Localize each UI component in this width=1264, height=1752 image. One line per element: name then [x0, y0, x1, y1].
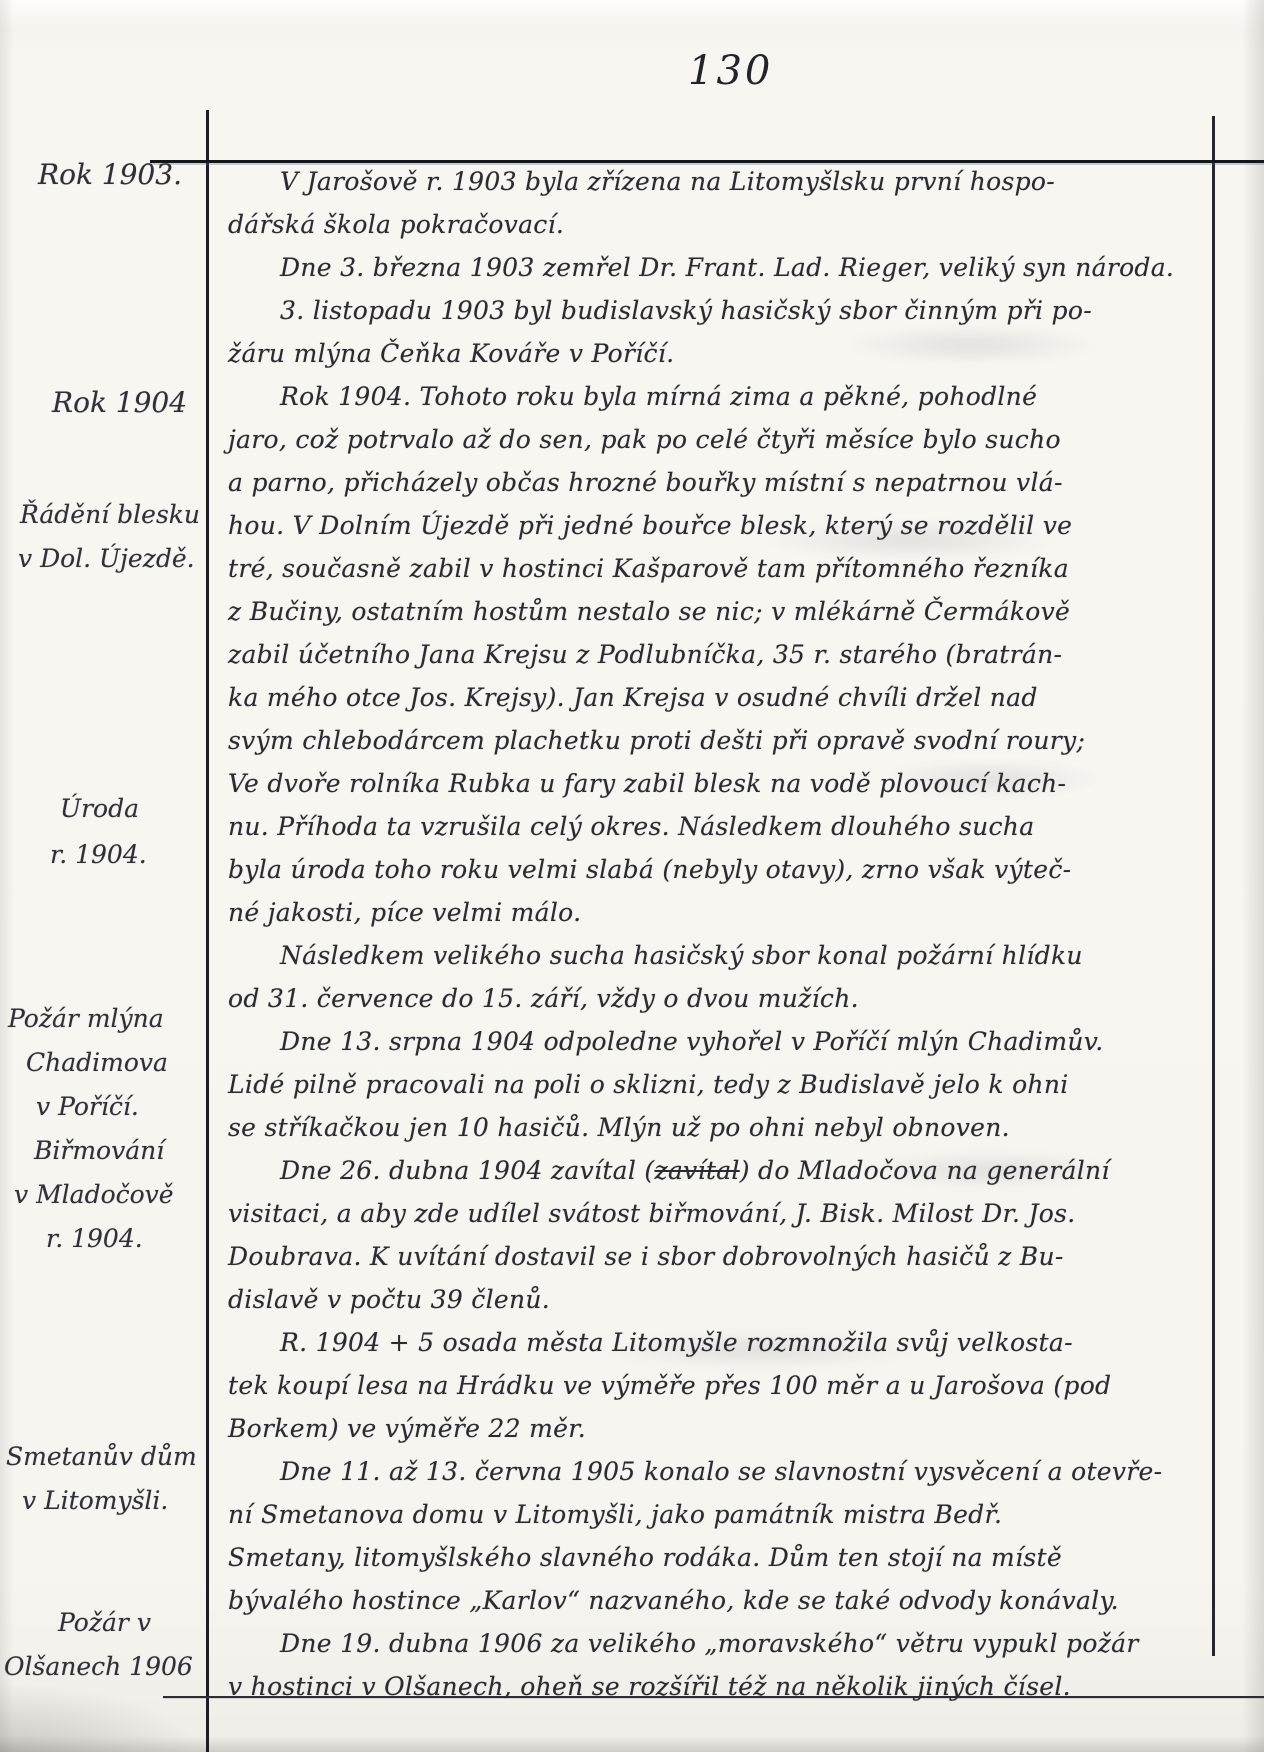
margin-note-olsany-fire-2: Olšanech 1906: [4, 1652, 193, 1681]
body-text-line: tré, současně zabil v hostinci Kašparově…: [228, 547, 1220, 590]
margin-note-smetana-2: v Litomyšli.: [22, 1486, 168, 1515]
struck-word: zavítal: [654, 1156, 739, 1185]
body-text-line: hou. V Dolním Újezdě při jedné bouřce bl…: [228, 504, 1220, 547]
body-text-block: V Jarošově r. 1903 byla zřízena na Litom…: [228, 160, 1220, 1708]
body-text-line-with-strikeout: Dne 26. dubna 1904 zavítal (zavítal) do …: [228, 1149, 1220, 1192]
body-text-line: Ve dvoře rolníka Rubka u fary zabil bles…: [228, 762, 1220, 805]
margin-note-mill-fire-3: v Poříčí.: [36, 1092, 139, 1121]
body-text-line: Lidé pilně pracovali na poli o sklizni, …: [228, 1063, 1220, 1106]
body-text-line: se stříkačkou jen 10 hasičů. Mlýn už po …: [228, 1106, 1220, 1149]
margin-note-year-1904: Rok 1904: [52, 386, 187, 419]
body-text-line: né jakosti, píce velmi málo.: [228, 891, 1220, 934]
scan-edge-bottom: [0, 1736, 1264, 1752]
body-text-line: bývalého hostince „Karlov“ nazvaného, kd…: [228, 1579, 1220, 1622]
chronicle-page-scan: 130 Rok 1903. Rok 1904 Řádění blesku v D…: [0, 0, 1264, 1752]
margin-note-mill-fire-1: Požár mlýna: [8, 1004, 164, 1033]
margin-note-olsany-fire-1: Požár v: [58, 1608, 151, 1637]
margin-note-mill-fire-2: Chadimova: [26, 1048, 168, 1077]
margin-note-lightning-2: v Dol. Újezdě.: [18, 544, 195, 573]
body-text-line: Borkem) ve výměře 22 měr.: [228, 1407, 1220, 1450]
body-text-line: Následkem velikého sucha hasičský sbor k…: [228, 934, 1220, 977]
margin-note-harvest-2: r. 1904.: [50, 840, 147, 869]
body-text-line: byla úroda toho roku velmi slabá (nebyly…: [228, 848, 1220, 891]
page-number: 130: [688, 48, 773, 94]
body-text-line: dářská škola pokračovací.: [228, 203, 1220, 246]
scan-edge-right: [1242, 0, 1264, 1752]
margin-note-confirmation-1: Biřmování: [34, 1136, 164, 1165]
body-text-line: z Bučiny, ostatním hostům nestalo se nic…: [228, 590, 1220, 633]
line-text-pre: Dne 26. dubna 1904 zavítal (: [280, 1156, 654, 1185]
body-text-line: Dne 11. až 13. června 1905 konalo se sla…: [228, 1450, 1220, 1493]
margin-note-confirmation-2: v Mladočově: [14, 1180, 174, 1209]
body-text-line: jaro, což potrvalo až do sen, pak po cel…: [228, 418, 1220, 461]
margin-note-lightning-1: Řádění blesku: [20, 500, 200, 529]
body-text-line: V Jarošově r. 1903 byla zřízena na Litom…: [228, 160, 1220, 203]
margin-note-smetana-1: Smetanův dům: [6, 1442, 197, 1471]
body-text-line: tek koupí lesa na Hrádku ve výměře přes …: [228, 1364, 1220, 1407]
body-text-line: žáru mlýna Čeňka Kováře v Poříčí.: [228, 332, 1220, 375]
body-text-line: v hostinci v Olšanech, oheň se rozšířil …: [228, 1665, 1220, 1708]
body-text-line: R. 1904 + 5 osada města Litomyšle rozmno…: [228, 1321, 1220, 1364]
body-text-line: Dne 3. března 1903 zemřel Dr. Frant. Lad…: [228, 246, 1220, 289]
body-text-line: Dne 19. dubna 1906 za velikého „moravské…: [228, 1622, 1220, 1665]
body-text-line: Smetany, litomyšlského slavného rodáka. …: [228, 1536, 1220, 1579]
body-text-line: nu. Příhoda ta vzrušila celý okres. Násl…: [228, 805, 1220, 848]
body-text-line: dislavě v počtu 39 členů.: [228, 1278, 1220, 1321]
margin-note-year-1903: Rok 1903.: [38, 158, 182, 191]
margin-note-harvest-1: Úroda: [60, 794, 139, 823]
body-text-line: Rok 1904. Tohoto roku byla mírná zima a …: [228, 375, 1220, 418]
body-text-line: 3. listopadu 1903 byl budislavský hasičs…: [228, 289, 1220, 332]
scan-edge-top: [0, 0, 1264, 30]
body-text-line: svým chlebodárcem plachetku proti dešti …: [228, 719, 1220, 762]
body-text-line: Doubrava. K uvítání dostavil se i sbor d…: [228, 1235, 1220, 1278]
scan-corner-shadow: [0, 1682, 200, 1752]
body-text-line: ní Smetanova domu v Litomyšli, jako pamá…: [228, 1493, 1220, 1536]
body-text-line: zabil účetního Jana Krejsu z Podlubníčka…: [228, 633, 1220, 676]
scan-edge-left: [0, 0, 14, 1752]
left-margin-rule: [206, 110, 209, 1752]
body-text-line: ka mého otce Jos. Krejsy). Jan Krejsa v …: [228, 676, 1220, 719]
line-text-post: ) do Mladočova na generální: [740, 1156, 1110, 1185]
body-text-line: od 31. července do 15. září, vždy o dvou…: [228, 977, 1220, 1020]
body-text-line: Dne 13. srpna 1904 odpoledne vyhořel v P…: [228, 1020, 1220, 1063]
body-text-line: visitaci, a aby zde udílel svátost biřmo…: [228, 1192, 1220, 1235]
body-text-line: a parno, přicházely občas hrozné bouřky …: [228, 461, 1220, 504]
margin-note-confirmation-3: r. 1904.: [46, 1224, 143, 1253]
